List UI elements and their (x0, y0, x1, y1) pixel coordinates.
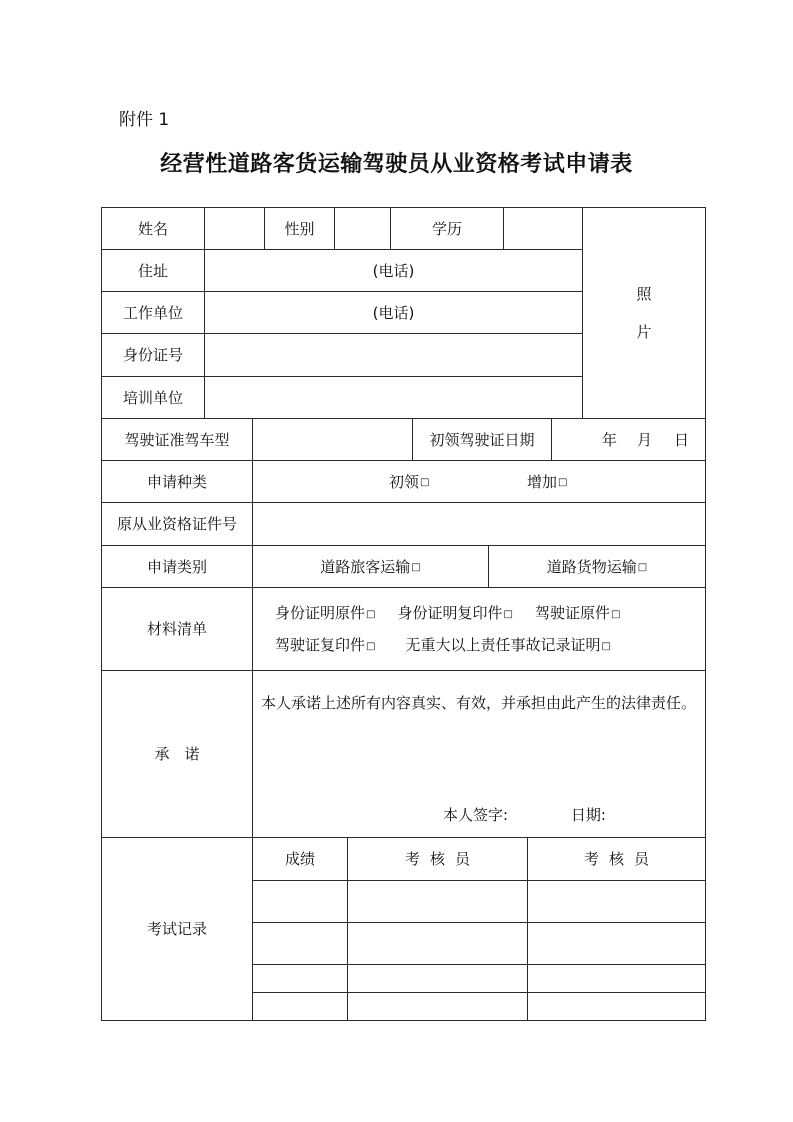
checkbox-icon[interactable]: □ (503, 609, 512, 620)
exam-record-label: 考试记录 (101, 837, 253, 1021)
application-kind-options: 初领□ 增加□ (252, 460, 706, 503)
original-cert-label: 原从业资格证件号 (101, 502, 253, 546)
education-label: 学历 (390, 207, 504, 250)
employer-field[interactable]: (电话) (204, 291, 583, 334)
exam-examiner-cell[interactable] (527, 992, 706, 1021)
pledge-label: 承 诺 (101, 670, 253, 838)
address-phone-label: (电话) (373, 262, 415, 280)
checkbox-icon[interactable]: □ (601, 641, 610, 652)
name-label: 姓名 (101, 207, 205, 250)
exam-examiner-cell[interactable] (527, 922, 706, 965)
material-id-copy[interactable]: 身份证明复印件□ (397, 604, 512, 622)
signature-label: 本人签字: (443, 806, 508, 824)
material-license-original[interactable]: 驾驶证原件□ (535, 604, 620, 622)
checkbox-icon[interactable]: □ (366, 609, 375, 620)
checkbox-icon[interactable]: □ (420, 477, 429, 488)
exam-examiner-cell[interactable] (527, 964, 706, 993)
exam-examiner-cell[interactable] (347, 922, 528, 965)
materials-label: 材料清单 (101, 587, 253, 671)
checkbox-icon[interactable]: □ (411, 562, 420, 574)
checkbox-icon[interactable]: □ (366, 641, 375, 652)
exam-examiner-cell[interactable] (347, 992, 528, 1021)
id-number-field[interactable] (204, 333, 583, 377)
exam-score-cell[interactable] (252, 992, 348, 1021)
date-year-label: 年 (602, 431, 617, 449)
option-first-issue[interactable]: 初领□ (389, 473, 429, 491)
name-field[interactable] (204, 207, 265, 250)
exam-score-cell[interactable] (252, 964, 348, 993)
address-field[interactable]: (电话) (204, 249, 583, 292)
training-unit-field[interactable] (204, 376, 583, 419)
license-class-field[interactable] (252, 418, 413, 461)
application-kind-label: 申请种类 (101, 460, 253, 503)
exam-col-examiner-1: 考核员 (347, 837, 528, 881)
option-freight-transport[interactable]: 道路货物运输□ (488, 545, 706, 588)
license-class-label: 驾驶证准驾车型 (101, 418, 253, 461)
employer-phone-label: (电话) (373, 304, 415, 322)
option-passenger-transport[interactable]: 道路旅客运输□ (252, 545, 489, 588)
gender-label: 性别 (264, 207, 335, 250)
form-title: 经营性道路客货运输驾驶员从业资格考试申请表 (0, 148, 793, 182)
exam-examiner-cell[interactable] (527, 880, 706, 923)
id-number-label: 身份证号 (101, 333, 205, 377)
first-license-date-field[interactable]: 年 月 日 (551, 418, 706, 461)
first-license-date-label: 初领驾驶证日期 (412, 418, 552, 461)
pledge-section: 本人承诺上述所有内容真实、有效，并承担由此产生的法律责任。 本人签字: 日期: (252, 670, 706, 838)
date-day-label: 日 (674, 431, 689, 449)
employer-label: 工作单位 (101, 291, 205, 334)
materials-list: 身份证明原件□ 身份证明复印件□ 驾驶证原件□ 驾驶证复印件□ 无重大以上责任事… (252, 587, 706, 671)
material-license-copy[interactable]: 驾驶证复印件□ (275, 636, 375, 654)
attachment-label: 附件 1 (119, 108, 169, 132)
exam-score-cell[interactable] (252, 922, 348, 965)
signature-date-label: 日期: (571, 806, 606, 824)
application-category-label: 申请类别 (101, 545, 253, 588)
checkbox-icon[interactable]: □ (638, 562, 647, 574)
photo-box[interactable]: 照 片 (582, 207, 706, 419)
checkbox-icon[interactable]: □ (611, 609, 620, 620)
signature-line: 本人签字: 日期: (443, 806, 606, 824)
date-month-label: 月 (637, 431, 652, 449)
original-cert-field[interactable] (252, 502, 706, 546)
exam-col-score: 成绩 (252, 837, 348, 881)
material-id-original[interactable]: 身份证明原件□ (275, 604, 375, 622)
exam-col-examiner-2: 考核员 (527, 837, 706, 881)
photo-label-2: 片 (636, 323, 651, 341)
address-label: 住址 (101, 249, 205, 292)
exam-score-cell[interactable] (252, 880, 348, 923)
material-no-accident-proof[interactable]: 无重大以上责任事故记录证明□ (405, 636, 610, 654)
checkbox-icon[interactable]: □ (558, 477, 567, 488)
training-unit-label: 培训单位 (101, 376, 205, 419)
exam-examiner-cell[interactable] (347, 880, 528, 923)
exam-examiner-cell[interactable] (347, 964, 528, 993)
option-add-class[interactable]: 增加□ (527, 473, 567, 491)
photo-label-1: 照 (636, 285, 651, 303)
education-field[interactable] (503, 207, 583, 250)
gender-field[interactable] (334, 207, 391, 250)
pledge-text: 本人承诺上述所有内容真实、有效，并承担由此产生的法律责任。 (261, 683, 705, 723)
